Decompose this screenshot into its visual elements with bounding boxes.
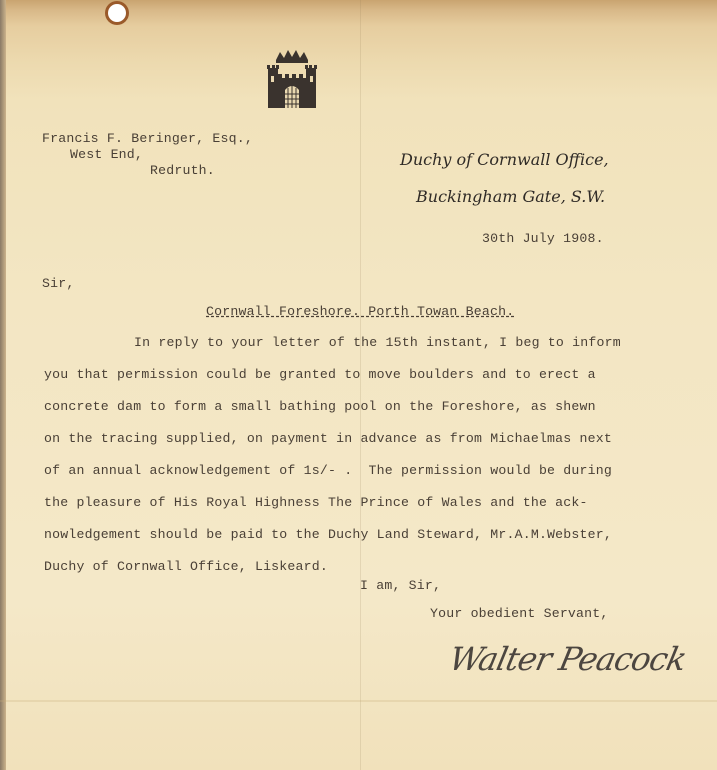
body-line: you that permission could be granted to … <box>44 367 596 382</box>
handwritten-signature: Walter Peacock <box>446 640 689 678</box>
body-line: nowledgement should be paid to the Duchy… <box>44 527 612 542</box>
castle-crest-icon <box>264 48 320 110</box>
punch-hole <box>108 4 126 22</box>
body-line: Duchy of Cornwall Office, Liskeard. <box>44 559 328 574</box>
letterhead-office: Duchy of Cornwall Office, <box>400 150 609 169</box>
salutation: Sir, <box>42 276 74 291</box>
closing-line-1: I am, Sir, <box>360 578 441 593</box>
body-line: the pleasure of His Royal Highness The P… <box>44 495 588 510</box>
letter-paper: Francis F. Beringer, Esq., West End, Red… <box>0 0 717 770</box>
body-line: on the tracing supplied, on payment in a… <box>44 431 612 446</box>
fold-crease-horizontal <box>0 700 717 702</box>
closing-line-2: Your obedient Servant, <box>430 606 609 621</box>
body-line: In reply to your letter of the 15th inst… <box>134 335 621 350</box>
recipient-address-line-3: Redruth. <box>150 163 215 178</box>
letterhead-address: Buckingham Gate, S.W. <box>416 187 605 206</box>
letter-subject: Cornwall Foreshore. Porth Towan Beach. <box>206 304 514 319</box>
body-line: of an annual acknowledgement of 1s/- . T… <box>44 463 612 478</box>
fold-crease-vertical <box>360 0 361 770</box>
body-line: concrete dam to form a small bathing poo… <box>44 399 596 414</box>
recipient-name: Francis F. Beringer, Esq., <box>42 131 253 146</box>
recipient-address-line-2: West End, <box>70 147 143 162</box>
letter-date: 30th July 1908. <box>482 231 604 246</box>
